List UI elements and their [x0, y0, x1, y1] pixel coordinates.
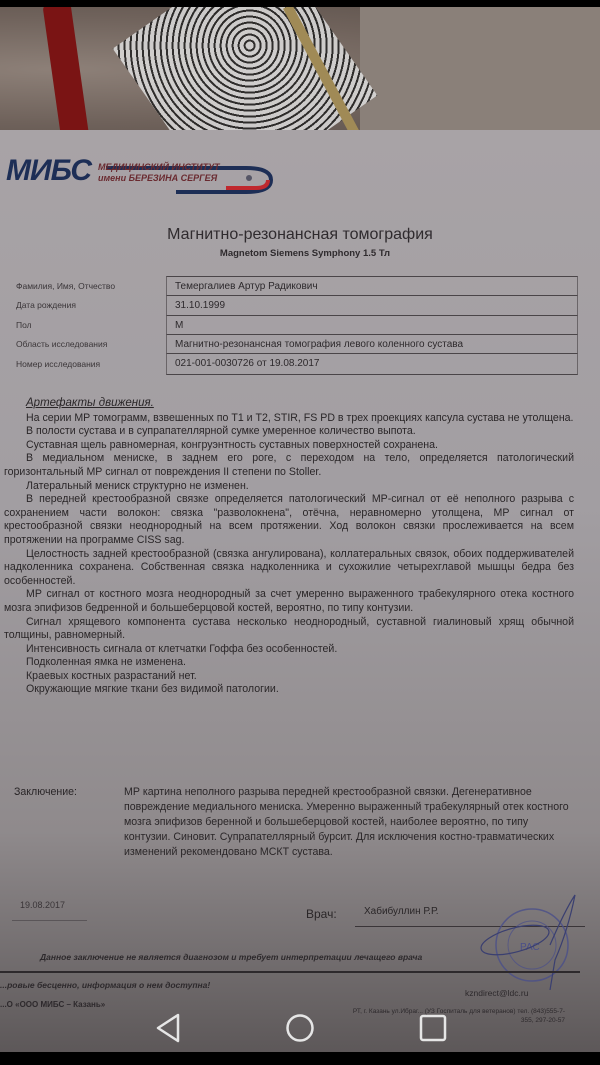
finding-paragraph: В полости сустава и в супрапателлярной с… — [4, 425, 574, 439]
info-row: Фамилия, Имя, Отчество Темергалиев Артур… — [6, 276, 578, 296]
findings-text: Артефакты движения. На серии МР томограм… — [4, 397, 574, 697]
report-date: 19.08.2017 — [20, 900, 65, 910]
android-navigation-bar — [0, 1000, 600, 1052]
info-value: Магнитно-резонансная томография левого к… — [166, 334, 578, 355]
recents-button[interactable] — [415, 1010, 451, 1046]
info-row: Номер исследования 021-001-0030726 от 19… — [6, 354, 578, 374]
footer-email: kzndirect@ldc.ru — [465, 988, 528, 998]
info-label: Номер исследования — [6, 359, 166, 369]
home-button[interactable] — [282, 1010, 318, 1046]
conclusion-label: Заключение: — [14, 785, 124, 860]
info-label: Дата рождения — [6, 300, 166, 310]
info-label: Область исследования — [6, 339, 166, 349]
finding-paragraph: Подколенная ямка не изменена. — [4, 656, 574, 670]
finding-paragraph: Интенсивность сигнала от клетчатки Гоффа… — [4, 643, 574, 657]
conclusion-text: МР картина неполного разрыва передней кр… — [124, 785, 574, 860]
finding-paragraph: МР сигнал от костного мозга неоднородный… — [4, 588, 574, 615]
stamp-signature-icon: РАС — [470, 890, 580, 990]
patient-info-table: Фамилия, Имя, Отчество Темергалиев Артур… — [6, 276, 578, 374]
info-row: Пол М — [6, 315, 578, 335]
finding-paragraph: На серии МР томограмм, взвешенных по Т1 … — [4, 412, 574, 426]
finding-paragraph: Краевых костных разрастаний нет. — [4, 670, 574, 684]
status-bar — [0, 0, 600, 7]
finding-paragraph: Латеральный мениск структурно не изменен… — [4, 480, 574, 494]
finding-paragraph: Целостность задней крестообразной (связк… — [4, 548, 574, 589]
document-subtitle: Magnetom Siemens Symphony 1.5 Тл — [0, 248, 600, 259]
photo-background — [0, 7, 600, 132]
logo-brand: МИБС — [6, 154, 91, 187]
conclusion-section: Заключение: МР картина неполного разрыва… — [14, 785, 574, 860]
logo-subtitle: МЕДИЦИНСКИЙ ИНСТИТУТ имени БЕРЕЗИНА СЕРГ… — [98, 162, 220, 184]
finding-paragraph: Окружающие мягкие ткани без видимой пато… — [4, 683, 574, 697]
disclaimer-text: Данное заключение не является диагнозом … — [40, 952, 422, 962]
info-row: Область исследования Магнитно-резонансна… — [6, 335, 578, 355]
info-value: 31.10.1999 — [166, 295, 578, 316]
footer-divider — [0, 971, 580, 973]
logo-line-1: МЕДИЦИНСКИЙ ИНСТИТУТ — [98, 162, 220, 173]
clinic-logo: МИБС МЕДИЦИНСКИЙ ИНСТИТУТ имени БЕРЕЗИНА… — [6, 154, 91, 188]
date-underline — [12, 920, 87, 921]
footer-slogan: ...ровые бесценно, информация о нем дост… — [0, 980, 210, 990]
document-photo: МИБС МЕДИЦИНСКИЙ ИНСТИТУТ имени БЕРЕЗИНА… — [0, 130, 600, 1065]
document-title: Магнитно-резонансная томография — [0, 226, 600, 244]
findings-heading: Артефакты движения. — [26, 397, 574, 411]
info-row: Дата рождения 31.10.1999 — [6, 296, 578, 316]
logo-line-2: имени БЕРЕЗИНА СЕРГЕЯ — [98, 173, 220, 184]
finding-paragraph: В передней крестообразной связке определ… — [4, 493, 574, 547]
info-label: Фамилия, Имя, Отчество — [6, 281, 166, 291]
info-label: Пол — [6, 320, 166, 330]
finding-paragraph: Суставная щель равномерная, конгруэнтнос… — [4, 439, 574, 453]
doctor-name: Хабибуллин Р.Р. — [364, 906, 439, 917]
screen-bottom-edge — [0, 1052, 600, 1065]
recents-icon — [418, 1013, 448, 1043]
info-value: Темергалиев Артур Радикович — [166, 276, 578, 297]
back-icon — [153, 1012, 183, 1044]
finding-paragraph: Сигнал хрящевого компонента сустава неск… — [4, 616, 574, 643]
doctor-label: Врач: — [306, 907, 337, 921]
home-icon — [284, 1012, 316, 1044]
finding-paragraph: В медиальном мениске, в заднем его роге,… — [4, 452, 574, 479]
info-value: М — [166, 315, 578, 336]
back-button[interactable] — [150, 1010, 186, 1046]
info-value: 021-001-0030726 от 19.08.2017 — [166, 353, 578, 375]
